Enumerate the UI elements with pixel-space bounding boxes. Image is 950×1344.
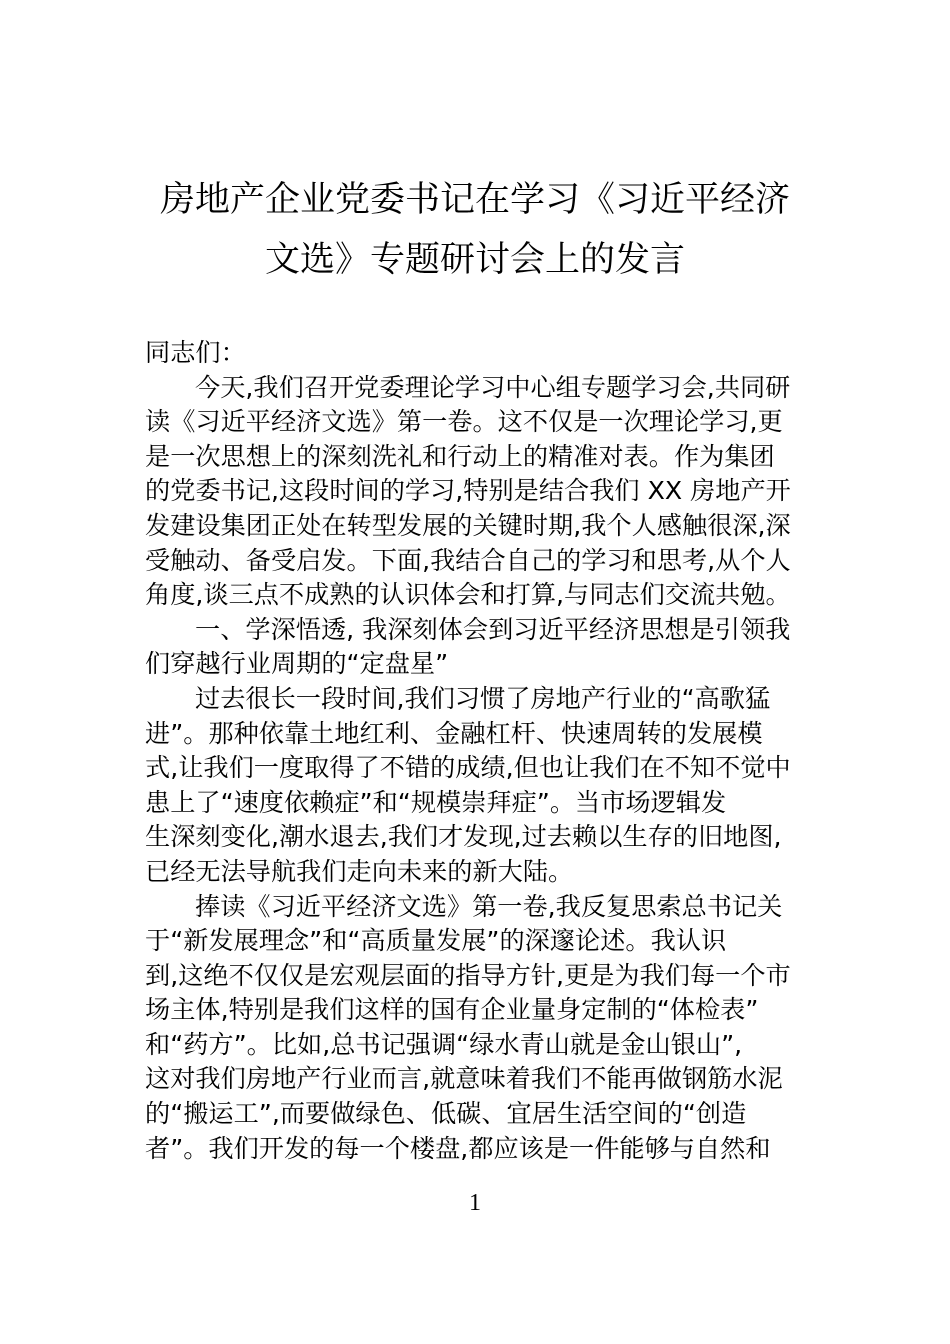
paragraph-line: 式,让我们一度取得了不错的成绩,但也让我们在不知不觉中 xyxy=(145,751,805,786)
paragraph-line: 们穿越行业周期的“定盘星” xyxy=(145,647,805,682)
paragraph-line: 是一次思想上的深刻洗礼和行动上的精准对表。作为集团 xyxy=(145,440,805,475)
paragraph-line: 生深刻变化,潮水退去,我们才发现,过去赖以生存的旧地图, xyxy=(145,820,805,855)
paragraph-line: 患上了“速度依赖症”和“规模崇拜症”。当市场逻辑发 xyxy=(145,786,805,821)
paragraph-line: 于“新发展理念”和“高质量发展”的深邃论述。我认识 xyxy=(145,924,805,959)
paragraph-line: 者”。我们开发的每一个楼盘,都应该是一件能够与自然和 xyxy=(145,1132,805,1167)
paragraph-line: 到,这绝不仅仅是宏观层面的指导方针,更是为我们每一个市 xyxy=(145,959,805,994)
paragraph-line: 场主体,特别是我们这样的国有企业量身定制的“体检表” xyxy=(145,993,805,1028)
paragraph-line: 读《习近平经济文选》第一卷。这不仅是一次理论学习,更 xyxy=(145,405,805,440)
document-body: 同志们： 今天,我们召开党委理论学习中心组专题学习会,共同研读《习近平经济文选》… xyxy=(145,336,805,1166)
page-number: 1 xyxy=(0,1190,950,1217)
title-line-2: 文选》专题研讨会上的发言 xyxy=(120,230,830,290)
body-lines: 今天,我们召开党委理论学习中心组专题学习会,共同研读《习近平经济文选》第一卷。这… xyxy=(145,371,805,1167)
paragraph-line: 角度,谈三点不成熟的认识体会和打算,与同志们交流共勉。 xyxy=(145,578,805,613)
paragraph-first-line: 过去很长一段时间,我们习惯了房地产行业的“高歌猛 xyxy=(145,682,805,717)
paragraph-line: 的党委书记,这段时间的学习,特别是结合我们 XX 房地产开 xyxy=(145,474,805,509)
paragraph-line: 受触动、备受启发。下面,我结合自己的学习和思考,从个人 xyxy=(145,544,805,579)
document-page: 房地产企业党委书记在学习《习近平经济 文选》专题研讨会上的发言 同志们： 今天,… xyxy=(0,0,950,1344)
document-title: 房地产企业党委书记在学习《习近平经济 文选》专题研讨会上的发言 xyxy=(120,170,830,290)
paragraph-line: 发建设集团正处在转型发展的关键时期,我个人感触很深,深 xyxy=(145,509,805,544)
paragraph-line: 进”。那种依靠土地红利、金融杠杆、快速周转的发展模 xyxy=(145,717,805,752)
paragraph-first-line: 今天,我们召开党委理论学习中心组专题学习会,共同研 xyxy=(145,371,805,406)
paragraph-line: 已经无法导航我们走向未来的新大陆。 xyxy=(145,855,805,890)
greeting: 同志们： xyxy=(145,336,805,371)
paragraph-line: 这对我们房地产行业而言,就意味着我们不能再做钢筋水泥 xyxy=(145,1062,805,1097)
paragraph-first-line: 一、学深悟透, 我深刻体会到习近平经济思想是引领我 xyxy=(145,613,805,648)
paragraph-line: 和“药方”。比如,总书记强调“绿水青山就是金山银山”, xyxy=(145,1028,805,1063)
paragraph-first-line: 捧读《习近平经济文选》第一卷,我反复思索总书记关 xyxy=(145,890,805,925)
title-line-1: 房地产企业党委书记在学习《习近平经济 xyxy=(120,170,830,230)
paragraph-line: 的“搬运工”,而要做绿色、低碳、宜居生活空间的“创造 xyxy=(145,1097,805,1132)
